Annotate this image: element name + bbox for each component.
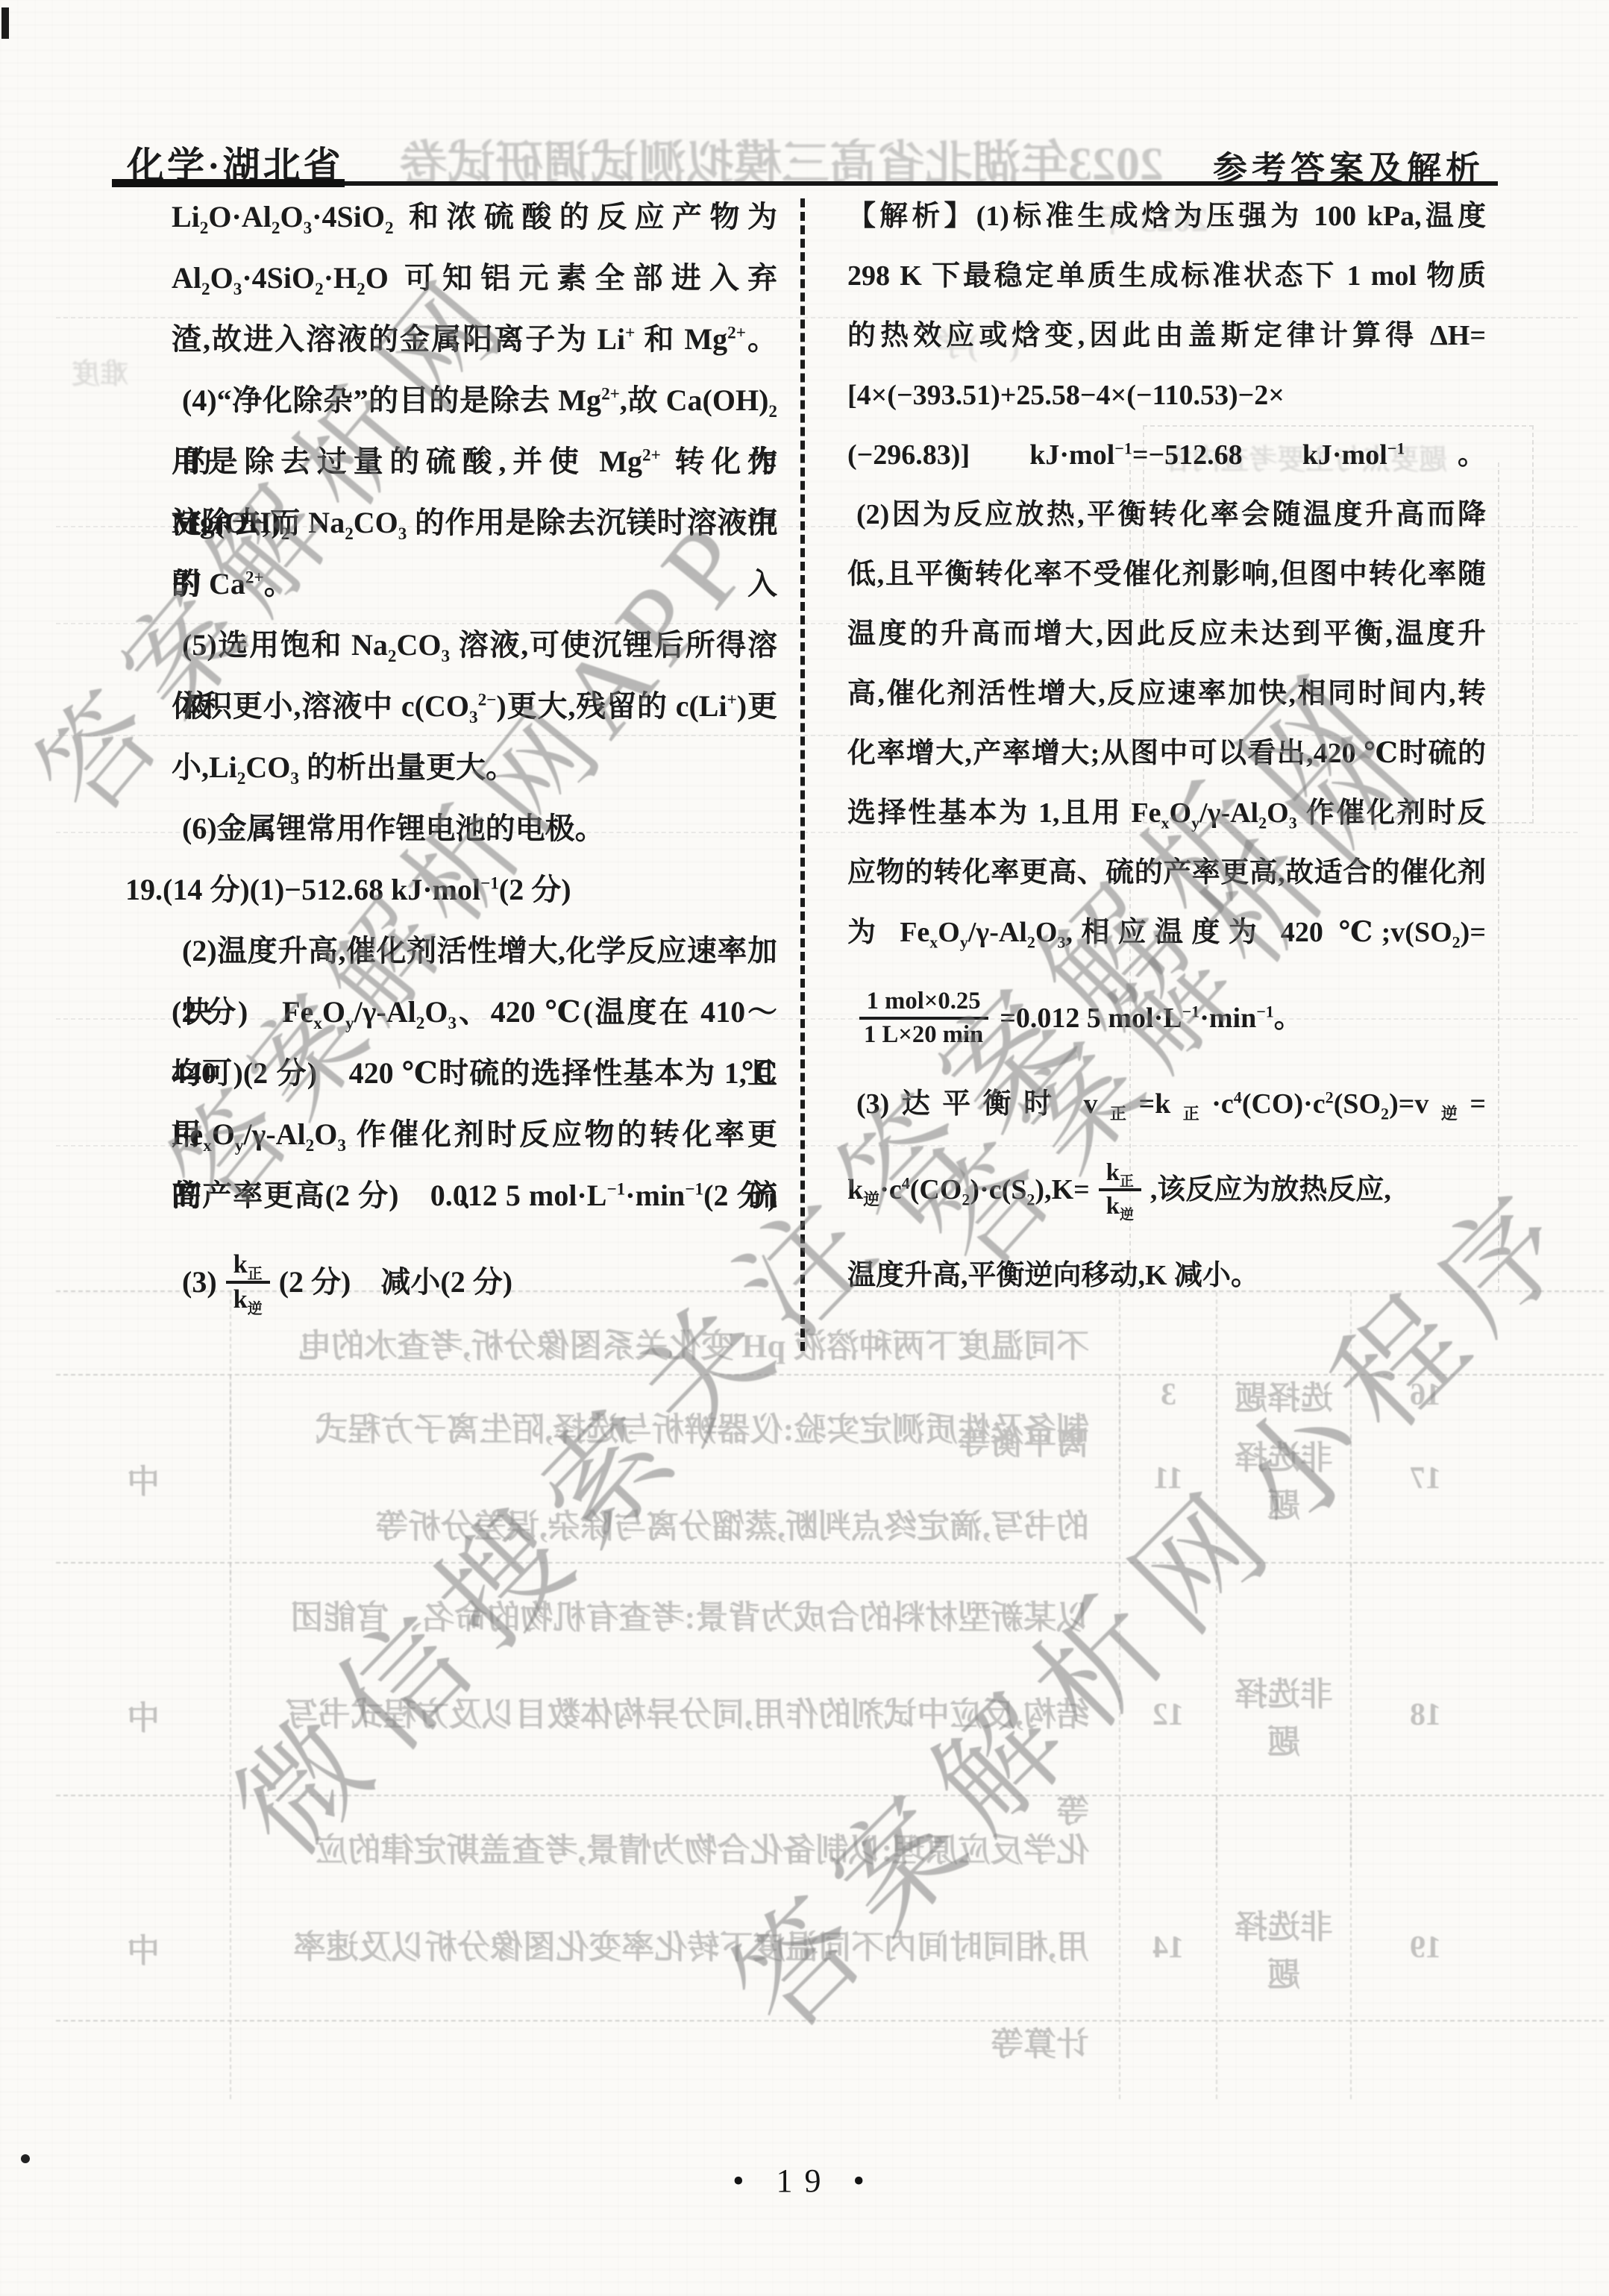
- text-segment: (2 分) 减小(2 分): [279, 1265, 512, 1299]
- text-segment: ,该反应为放热反应,: [1150, 1160, 1391, 1220]
- text-line: 298 K 下最稳定单质生成标准状态下 1 mol 物质: [847, 246, 1486, 306]
- scanned-answer-page: 2023年湖北省高三模拟测试调研试卷 2023 年(一)学难度题要点与主要考查内…: [0, 0, 1609, 2296]
- bleedthrough-cell: [1499, 1942, 1604, 1954]
- text-line: [4×(−393.51)+25.58−4×(−110.53)−2×: [847, 366, 1486, 425]
- text-line: Li2O·Al2O3·4SiO2 和浓硫酸的反应产物为: [172, 186, 777, 248]
- text-line: 【解析】(1)标准生成焓为压强为 100 kPa,温度: [847, 186, 1486, 246]
- bleedthrough-cell: 18: [1350, 1563, 1499, 1866]
- bleedthrough-cell: [1499, 1472, 1604, 1484]
- text-line: 的热效应或焓变,因此由盖斯定律计算得 ΔH=: [847, 306, 1486, 366]
- page-number: • 19 •: [0, 2162, 1609, 2200]
- bleedthrough-cell: 中: [56, 1563, 231, 1866]
- text-line: (−296.83)] kJ·mol−1=−512.68 kJ·mol−1。: [847, 425, 1486, 485]
- bleedthrough-fragment: 难度: [72, 351, 128, 392]
- bleedthrough-cell: 中: [56, 1796, 231, 2099]
- scan-artifact: [1, 7, 9, 39]
- text-line: 低,且平衡转化率不受催化剂影响,但图中转化率随: [847, 545, 1486, 604]
- bleedthrough-cell: 19: [1350, 1796, 1499, 2099]
- text-line: 温度的升高而增大,因此反应未达到平衡,温度升: [847, 604, 1486, 664]
- text-line: (2)因为反应放热,平衡转化率会随温度升高而降: [847, 485, 1486, 545]
- bleedthrough-cell: [1499, 1709, 1604, 1721]
- bleedthrough-cell: 非选择题: [1216, 1796, 1350, 2099]
- bleedthrough-cell: [1499, 1389, 1604, 1401]
- fraction: k正k逆: [226, 1249, 270, 1316]
- text-segment: (3): [182, 1265, 217, 1299]
- bleedthrough-cell: 中: [56, 1376, 231, 1581]
- scan-artifact: [21, 2154, 30, 2163]
- bleedthrough-cell: 14: [1119, 1796, 1216, 2099]
